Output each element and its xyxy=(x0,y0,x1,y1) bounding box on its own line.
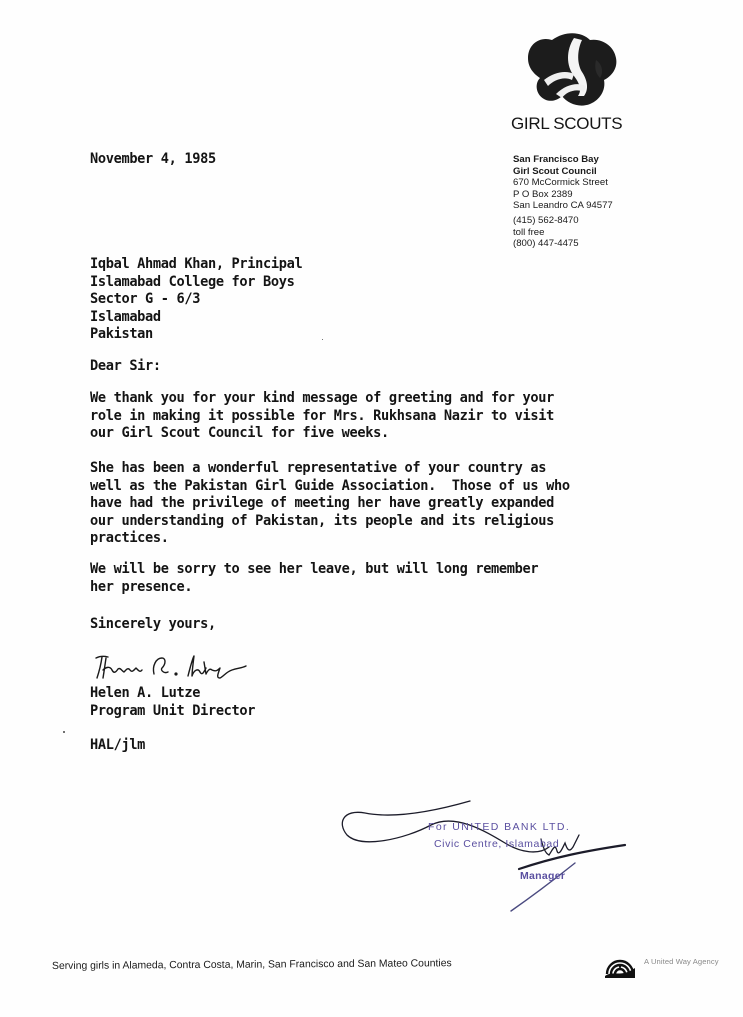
signer-block: Helen A. Lutze Program Unit Director xyxy=(90,685,255,720)
council-phone: (415) 562-8470 xyxy=(513,215,613,227)
signer-name: Helen A. Lutze xyxy=(90,685,255,703)
toll-free-phone: (800) 447-4475 xyxy=(513,238,613,250)
scan-speck xyxy=(322,339,323,340)
salutation: Dear Sir: xyxy=(90,358,161,376)
letter-date: November 4, 1985 xyxy=(90,151,216,169)
signer-title: Program Unit Director xyxy=(90,703,255,721)
girl-scouts-wordmark: GIRL SCOUTS xyxy=(511,114,622,134)
council-address-block: San Francisco Bay Girl Scout Council 670… xyxy=(513,154,613,250)
footer-service-area: Serving girls in Alameda, Contra Costa, … xyxy=(52,958,452,972)
body-paragraph-2: She has been a wonderful representative … xyxy=(90,460,570,548)
council-street: 670 McCormick Street xyxy=(513,177,613,189)
handwritten-signature-icon xyxy=(92,652,252,682)
girl-scouts-trefoil-logo-icon xyxy=(522,30,630,110)
letter-page: GIRL SCOUTS San Francisco Bay Girl Scout… xyxy=(0,0,743,1017)
body-paragraph-1: We thank you for your kind message of gr… xyxy=(90,390,554,443)
stamp-manager-label: Manager xyxy=(520,870,565,882)
recipient-line: Islamabad College for Boys xyxy=(90,274,302,292)
united-way-logo-icon xyxy=(603,950,637,978)
recipient-line: Sector G - 6/3 xyxy=(90,291,302,309)
bank-manager-signature-icon xyxy=(335,795,635,915)
reference-initials: HAL/jlm xyxy=(90,737,145,755)
toll-free-label: toll free xyxy=(513,227,613,239)
council-po-box: P O Box 2389 xyxy=(513,189,613,201)
council-name-line1: San Francisco Bay xyxy=(513,154,613,166)
council-city-state-zip: San Leandro CA 94577 xyxy=(513,200,613,212)
closing: Sincerely yours, xyxy=(90,616,216,634)
council-name-line2: Girl Scout Council xyxy=(513,166,613,178)
recipient-line: Iqbal Ahmad Khan, Principal xyxy=(90,256,302,274)
recipient-address: Iqbal Ahmad Khan, Principal Islamabad Co… xyxy=(90,256,302,344)
scan-speck xyxy=(63,731,65,733)
united-way-agency-note: A United Way Agency xyxy=(644,957,719,966)
recipient-line: Islamabad xyxy=(90,309,302,327)
stamp-bank-name: For UNITED BANK LTD. xyxy=(428,821,570,833)
body-paragraph-3: We will be sorry to see her leave, but w… xyxy=(90,561,538,596)
recipient-line: Pakistan xyxy=(90,326,302,344)
stamp-branch: Civic Centre, Islamabad xyxy=(434,838,559,850)
